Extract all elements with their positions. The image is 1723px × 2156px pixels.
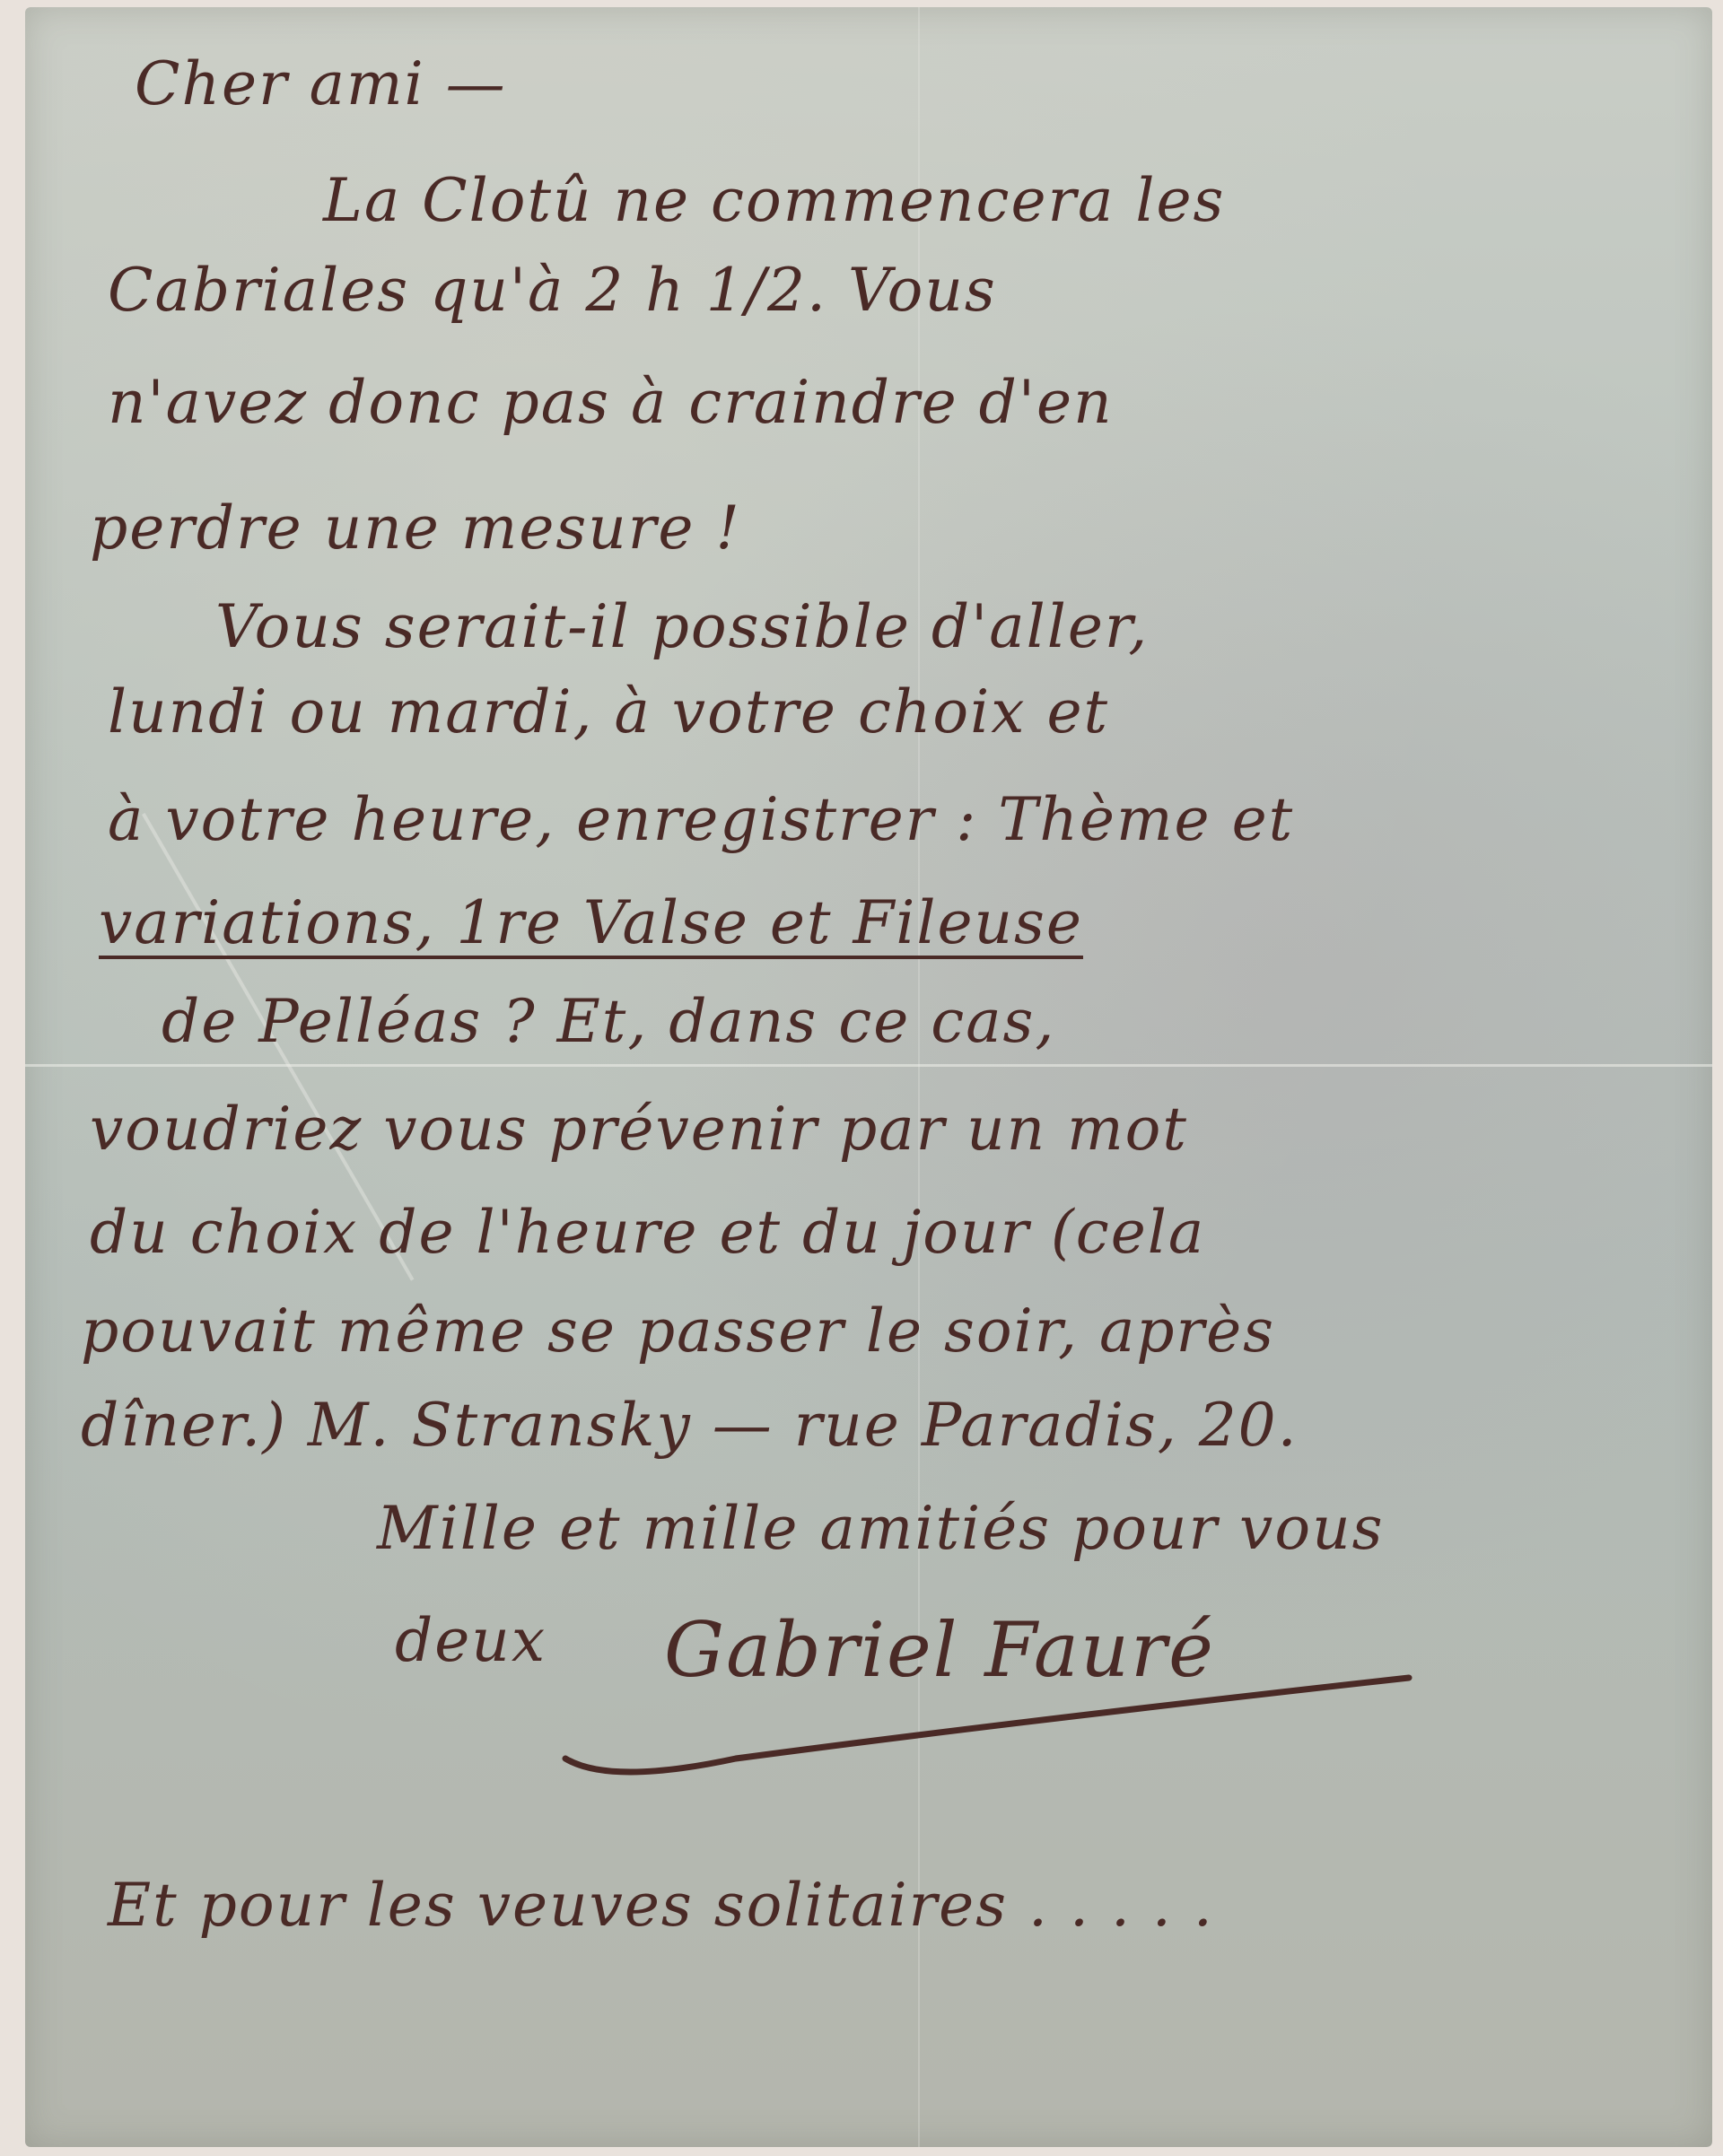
letter-line-3: n'avez donc pas à craindre d'en <box>108 368 1114 437</box>
signature-flourish <box>556 1669 1418 1776</box>
letter-line-11: du choix de l'heure et du jour (cela <box>90 1198 1205 1267</box>
letter-line-6: lundi ou mardi, à votre choix et <box>108 677 1109 746</box>
fold-line-vertical <box>918 7 920 2147</box>
letter-line-2: Cabriales qu'à 2 h 1/2. Vous <box>108 256 997 325</box>
letter-line-5: Vous serait-il possible d'aller, <box>215 592 1149 661</box>
letter-line-4: perdre une mesure ! <box>90 493 741 563</box>
postscript: Et pour les veuves solitaires . . . . . <box>108 1871 1214 1940</box>
salutation: Cher ami — <box>135 49 507 118</box>
letter-line-8: variations, 1re Valse et Fileuse <box>99 888 1083 957</box>
letter-line-9: de Pelléas ? Et, dans ce cas, <box>162 987 1055 1056</box>
letter-line-12: pouvait même se passer le soir, après <box>81 1296 1275 1366</box>
letter-line-15: deux <box>395 1606 547 1675</box>
letter-line-14: Mille et mille amitiés pour vous <box>377 1494 1384 1563</box>
letter-line-13: dîner.) M. Stransky — rue Paradis, 20. <box>81 1391 1299 1460</box>
letter-line-10: voudriez vous prévenir par un mot <box>90 1095 1188 1164</box>
fold-line-horizontal <box>25 1064 1712 1067</box>
letter-line-1: La Clotû ne commencera les <box>323 166 1225 235</box>
letter-sheet <box>25 7 1712 2147</box>
letter-line-7: à votre heure, enregistrer : Thème et <box>108 785 1294 854</box>
